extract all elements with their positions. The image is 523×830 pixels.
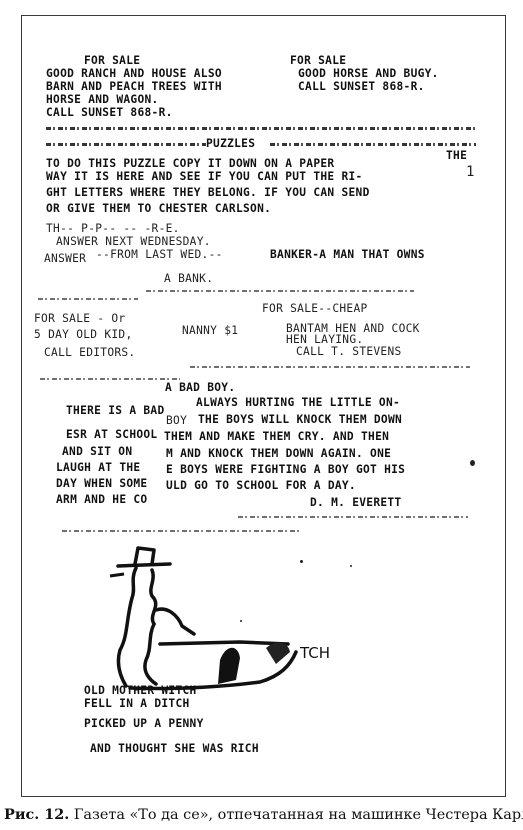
- story-left-line: THERE IS A BAD: [66, 404, 165, 417]
- answer-from-last: --FROM LAST WED.--: [96, 248, 223, 261]
- rhyme-line: PICKED UP A PENNY: [84, 717, 204, 730]
- answer-value: BANKER-A MAN THAT OWNS: [270, 248, 425, 261]
- puzzles-line: WAY IT IS HERE AND SEE IF YOU CAN PUT TH…: [46, 170, 363, 183]
- rhyme-line: FELL IN A DITCH: [84, 697, 190, 710]
- answer-value-cont: A BANK.: [164, 272, 213, 285]
- witch-drawing: TCH: [90, 540, 350, 700]
- figure-caption: Рис. 12. Газета «То да се», отпечатанная…: [4, 806, 523, 823]
- ad-kid-call: CALL EDITORS.: [44, 346, 135, 359]
- rhyme-line: OLD MOTHER WITCH: [84, 684, 197, 697]
- story-right-line: E BOYS WERE FIGHTING A BOY GOT HIS: [166, 463, 405, 476]
- divider-rule: [190, 366, 470, 368]
- rhyme-line: AND THOUGHT SHE WAS RICH: [90, 742, 259, 755]
- ad-left-line: HORSE AND WAGON.: [46, 93, 159, 106]
- divider-rule: [46, 127, 476, 130]
- answer-label: ANSWER: [44, 252, 86, 265]
- ad-kid-heading: FOR SALE - Or: [34, 312, 125, 325]
- puzzles-line: GHT LETTERS WHERE THEY BELONG. IF YOU CA…: [46, 186, 370, 199]
- story-right-line: ULD GO TO SCHOOL FOR A DAY.: [166, 479, 356, 492]
- story-signature: D. M. EVERETT: [310, 496, 401, 509]
- story-left-line: BOY: [166, 414, 187, 427]
- divider-rule: [270, 143, 476, 146]
- puzzles-line: OR GIVE THEM TO CHESTER CARLSON.: [46, 202, 271, 215]
- ad-cheap-line: CALL T. STEVENS: [296, 345, 402, 358]
- margin-mark: 1: [466, 166, 475, 179]
- story-right-line: THEM AND MAKE THEM CRY. AND THEN: [164, 430, 389, 443]
- ad-kid-nanny: NANNY $1: [182, 324, 238, 337]
- divider-rule: [46, 143, 206, 146]
- ad-kid-line: 5 DAY OLD KID,: [34, 328, 140, 341]
- story-left-line: ESR AT SCHOOL: [66, 428, 157, 441]
- figure-caption-text: Газета «То да се», отпечатанная на машин…: [69, 807, 523, 823]
- puzzle-text: TH-- P-P-- -- -R-E.: [46, 222, 180, 235]
- puzzles-line: TO DO THIS PUZZLE COPY IT DOWN ON A PAPE…: [46, 157, 334, 170]
- ad-right-line: CALL SUNSET 868-R.: [298, 80, 425, 93]
- divider-rule: [38, 298, 138, 300]
- story-right-line: M AND KNOCK THEM DOWN AGAIN. ONE: [166, 447, 391, 460]
- ink-speck: [470, 460, 475, 466]
- ad-right-line: GOOD HORSE AND BUGY.: [298, 67, 439, 80]
- figure-number: Рис. 12.: [4, 806, 69, 823]
- ad-left-line: GOOD RANCH AND HOUSE ALSO: [46, 67, 222, 80]
- story-left-line: AND SIT ON: [62, 445, 132, 458]
- ink-speck: [300, 560, 303, 563]
- divider-rule: [238, 516, 468, 518]
- story-left-line: ARM AND HE CO: [56, 493, 147, 506]
- ad-left-line: BARN AND PEACH TREES WITH: [46, 80, 222, 93]
- story-left-line: LAUGH AT THE: [56, 461, 140, 474]
- answer-next: ANSWER NEXT WEDNESDAY.: [56, 235, 211, 248]
- divider-rule: [40, 378, 180, 380]
- svg-text:TCH: TCH: [299, 644, 330, 662]
- divider-rule: [62, 530, 302, 532]
- ad-left-line: CALL SUNSET 868-R.: [46, 106, 173, 119]
- story-left-line: DAY WHEN SOME: [56, 477, 147, 490]
- ad-right-heading: FOR SALE: [290, 54, 346, 67]
- divider-rule: [146, 290, 414, 292]
- story-right-line: THE BOYS WILL KNOCK THEM DOWN: [198, 413, 402, 426]
- ad-cheap-heading: FOR SALE--CHEAP: [262, 302, 368, 315]
- ink-speck: [350, 565, 352, 567]
- ad-left-heading: FOR SALE: [84, 54, 140, 67]
- puzzles-heading: PUZZLES: [206, 137, 255, 150]
- story-right-line: ALWAYS HURTING THE LITTLE ON-: [196, 396, 400, 409]
- ink-speck: [240, 620, 242, 622]
- story-title: A BAD BOY.: [165, 381, 235, 394]
- puzzles-corner-word: THE: [446, 149, 467, 162]
